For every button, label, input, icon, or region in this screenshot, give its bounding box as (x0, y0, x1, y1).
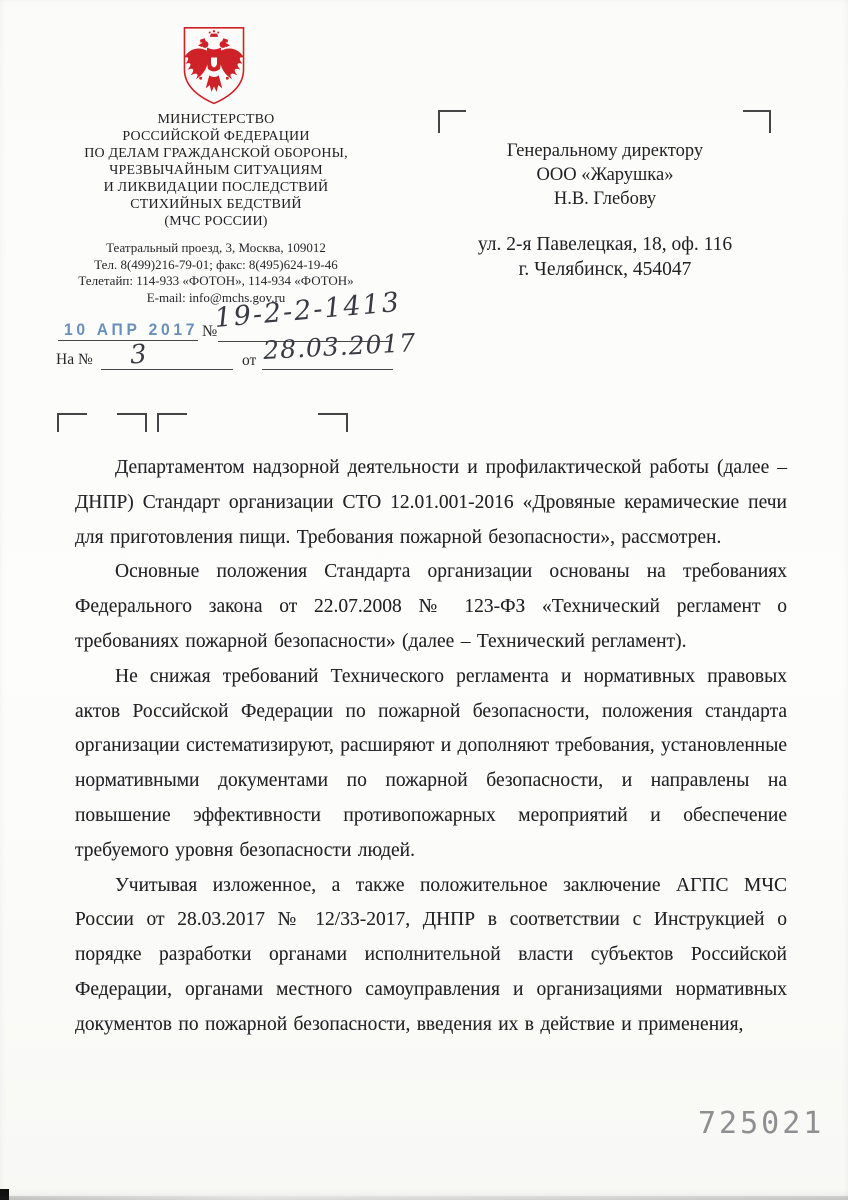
body-paragraph: Не снижая требований Технического реглам… (75, 660, 787, 869)
body-paragraph: Департаментом надзорной деятельности и п… (75, 451, 787, 555)
corner-mark (743, 110, 771, 133)
corner-mark (157, 413, 187, 432)
corner-mark (57, 413, 87, 432)
corner-mark (117, 413, 147, 432)
recipient-address: ул. 2-я Павелецкая, 18, оф. 116 г. Челяб… (440, 232, 770, 282)
recipient-block: Генеральному директору ООО «Жарушка» Н.В… (440, 139, 770, 282)
ministry-line: ЧРЕЗВЫЧАЙНЫМ СИТУАЦИЯМ (16, 162, 416, 179)
reply-number-rule-line (101, 369, 233, 370)
ministry-line: РОССИЙСКОЙ ФЕДЕРАЦИИ (16, 128, 416, 145)
letter-body: Департаментом надзорной деятельности и п… (75, 451, 787, 1043)
sender-phone-fax: Тел. 8(499)216-79-01; факс: 8(495)624-19… (16, 257, 416, 274)
reply-date-label: от (242, 352, 256, 370)
recipient-title: Генеральному директору (440, 139, 770, 163)
body-paragraph: Учитывая изложенное, а также положительн… (75, 869, 787, 1043)
ministry-line: ПО ДЕЛАМ ГРАЖДАНСКОЙ ОБОРОНЫ, (16, 145, 416, 162)
corner-mark (438, 110, 466, 133)
sender-teletype: Телетайп: 114-933 «ФОТОН», 114-934 «ФОТО… (16, 273, 416, 290)
reply-to-number-label: На № (56, 351, 93, 369)
coat-of-arms-icon (178, 24, 250, 108)
recipient-city: г. Челябинск, 454047 (440, 257, 770, 282)
ministry-line: (МЧС РОССИИ) (16, 213, 416, 230)
sender-ministry-name: МИНИСТЕРСТВО РОССИЙСКОЙ ФЕДЕРАЦИИ ПО ДЕЛ… (16, 111, 416, 230)
ministry-line: И ЛИКВИДАЦИИ ПОСЛЕДСТВИЙ (16, 179, 416, 196)
recipient-company: ООО «Жарушка» (440, 163, 770, 187)
corner-mark (318, 413, 348, 432)
sender-postal-address: Театральный проезд, 3, Москва, 109012 (16, 240, 416, 257)
body-paragraph: Основные положения Стандарта организации… (75, 555, 787, 659)
recipient-street: ул. 2-я Павелецкая, 18, оф. 116 (440, 232, 770, 257)
ministry-line: МИНИСТЕРСТВО (16, 111, 416, 128)
handwritten-reply-number: 3 (129, 339, 148, 370)
scan-artifact (0, 1196, 848, 1200)
scanned-letter-page: МИНИСТЕРСТВО РОССИЙСКОЙ ФЕДЕРАЦИИ ПО ДЕЛ… (0, 0, 848, 1200)
handwritten-reply-date: 28.03.2017 (262, 328, 416, 365)
recipient-person: Н.В. Глебову (440, 187, 770, 211)
page-stamp-number: 725021 (698, 1106, 824, 1141)
ministry-line: СТИХИЙНЫХ БЕДСТВИЙ (16, 196, 416, 213)
reply-date-rule-line (262, 369, 393, 370)
incoming-date-stamp: 10 АПР 2017 (64, 320, 198, 340)
